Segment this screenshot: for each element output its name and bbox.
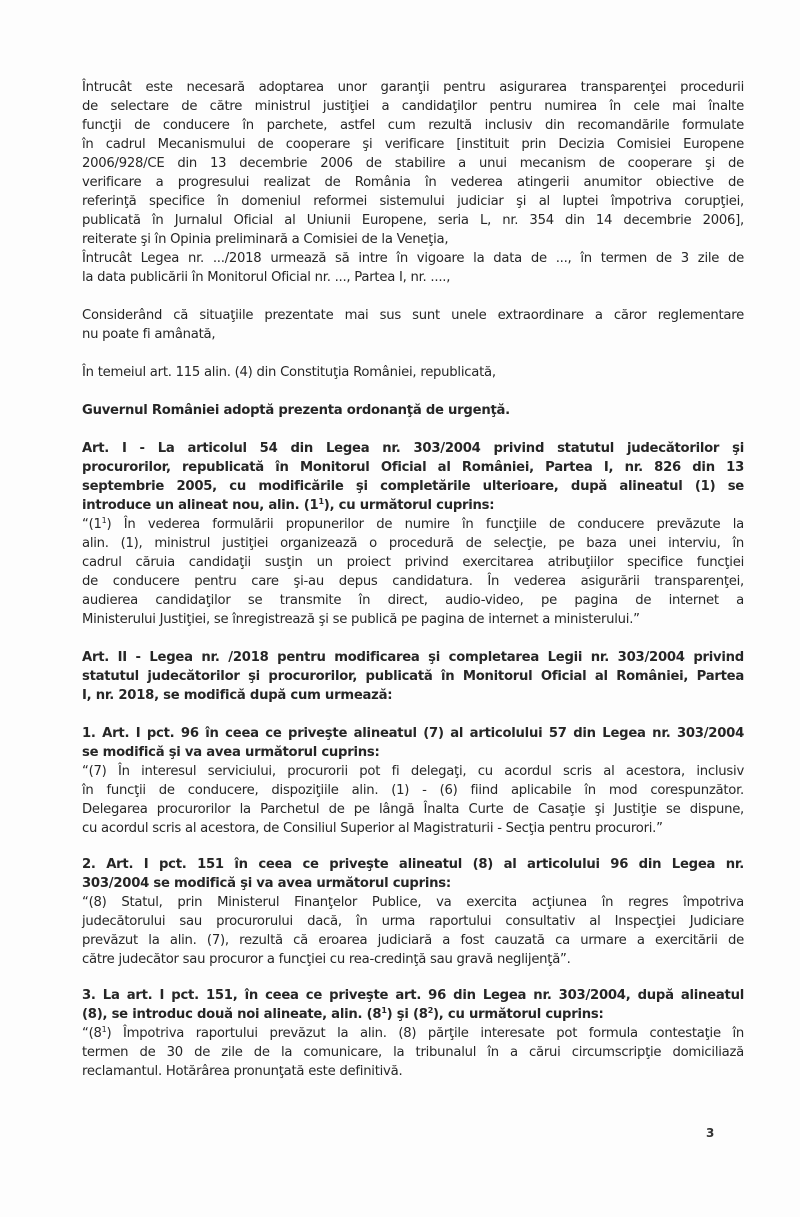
text-line: publicată în Jurnalul Oficial al Uniunii… — [82, 211, 744, 230]
document-body: Întrucât este necesară adoptarea unor ga… — [82, 78, 744, 1081]
quote-line: Delegarea procurorilor la Parchetul de p… — [82, 800, 744, 819]
article-heading-line: I, nr. 2018, se modifică după cum urmeaz… — [82, 686, 744, 705]
quote-line: audierea candidaţilor se transmite în di… — [82, 591, 744, 610]
text-line: În temeiul art. 115 alin. (4) din Consti… — [82, 363, 744, 382]
preamble-paragraph-guarantees: Întrucât este necesară adoptarea unor ga… — [82, 78, 744, 249]
article-heading-line: Art. I - La articolul 54 din Legea nr. 3… — [82, 439, 744, 458]
document-page: Întrucât este necesară adoptarea unor ga… — [0, 0, 800, 1217]
quote-line: alin. (1), ministrul justiţiei organizea… — [82, 534, 744, 553]
text-line: la data publicării în Monitorul Oficial … — [82, 268, 744, 287]
text-line: reiterate şi în Opinia preliminară a Com… — [82, 230, 744, 249]
text-line: Întrucât Legea nr. .../2018 urmează să i… — [82, 249, 744, 268]
article-heading-line: introduce un alineat nou, alin. (11), cu… — [82, 496, 744, 515]
preamble-paragraph-legal-basis: În temeiul art. 115 alin. (4) din Consti… — [82, 363, 744, 382]
preamble-paragraph-entry-into-force: Întrucât Legea nr. .../2018 urmează să i… — [82, 249, 744, 287]
text-line: de selectare de către ministrul justiţie… — [82, 97, 744, 116]
text-line: Guvernul României adoptă prezenta ordona… — [82, 401, 744, 420]
quote-line: de conducere pentru care şi-au depus can… — [82, 572, 744, 591]
article-heading-line: statutul judecătorilor şi procurorilor, … — [82, 667, 744, 686]
text-line: Considerând că situaţiile prezentate mai… — [82, 306, 744, 325]
point-heading-line: 1. Art. I pct. 96 în ceea ce priveşte al… — [82, 724, 744, 743]
text-line: Întrucât este necesară adoptarea unor ga… — [82, 78, 744, 97]
point-heading-line: 303/2004 se modifică şi va avea următoru… — [82, 874, 744, 893]
text-line: 2006/928/CE din 13 decembrie 2006 de sta… — [82, 154, 744, 173]
quote-line: Ministerului Justiţiei, se înregistrează… — [82, 610, 744, 629]
quote-line: cadrul căruia candidaţii susţin un proie… — [82, 553, 744, 572]
quote-line: “(8) Statul, prin Ministerul Finanţelor … — [82, 893, 744, 912]
article-heading-line: septembrie 2005, cu modificările şi comp… — [82, 477, 744, 496]
text-line: nu poate fi amânată, — [82, 325, 744, 344]
quote-line: prevăzut la alin. (7), rezultă că eroare… — [82, 931, 744, 950]
text-line: funcţii de conducere în parchete, astfel… — [82, 116, 744, 135]
article-1: Art. I - La articolul 54 din Legea nr. 3… — [82, 439, 744, 629]
adoption-statement: Guvernul României adoptă prezenta ordona… — [82, 401, 744, 420]
quote-line: judecătorului sau procurorului dacă, în … — [82, 912, 744, 931]
quote-line: “(11) În vederea formulării propunerilor… — [82, 515, 744, 534]
quote-line: în funcţii de conducere, dispoziţiile al… — [82, 781, 744, 800]
amendment-point-3: 3. La art. I pct. 151, în ceea ce priveş… — [82, 986, 744, 1081]
text-line: verificare a progresului realizat de Rom… — [82, 173, 744, 192]
point-heading-line: 3. La art. I pct. 151, în ceea ce priveş… — [82, 986, 744, 1005]
preamble-paragraph-extraordinary: Considerând că situaţiile prezentate mai… — [82, 306, 744, 344]
point-heading-line: 2. Art. I pct. 151 în ceea ce priveşte a… — [82, 855, 744, 874]
text-line: referinţă specifice în domeniul reformei… — [82, 192, 744, 211]
text-line: în cadrul Mecanismului de cooperare şi v… — [82, 135, 744, 154]
amendment-point-2: 2. Art. I pct. 151 în ceea ce priveşte a… — [82, 855, 744, 969]
article-2-heading: Art. II - Legea nr. /2018 pentru modific… — [82, 648, 744, 705]
quote-line: termen de 30 de zile de la comunicare, l… — [82, 1043, 744, 1062]
quote-line: către judecător sau procuror a funcţiei … — [82, 950, 744, 969]
point-heading-line: (8), se introduc două noi alineate, alin… — [82, 1005, 744, 1024]
article-heading-line: procurorilor, republicată în Monitorul O… — [82, 458, 744, 477]
page-number: 3 — [706, 1126, 714, 1140]
quote-line: reclamantul. Hotărârea pronunţată este d… — [82, 1062, 744, 1081]
amendment-point-1: 1. Art. I pct. 96 în ceea ce priveşte al… — [82, 724, 744, 838]
point-heading-line: se modifică şi va avea următorul cuprins… — [82, 743, 744, 762]
quote-line: cu acordul scris al acestora, de Consili… — [82, 819, 744, 838]
article-heading-line: Art. II - Legea nr. /2018 pentru modific… — [82, 648, 744, 667]
quote-line: “(7) În interesul serviciului, procurori… — [82, 762, 744, 781]
quote-line: “(81) Împotriva raportului prevăzut la a… — [82, 1024, 744, 1043]
